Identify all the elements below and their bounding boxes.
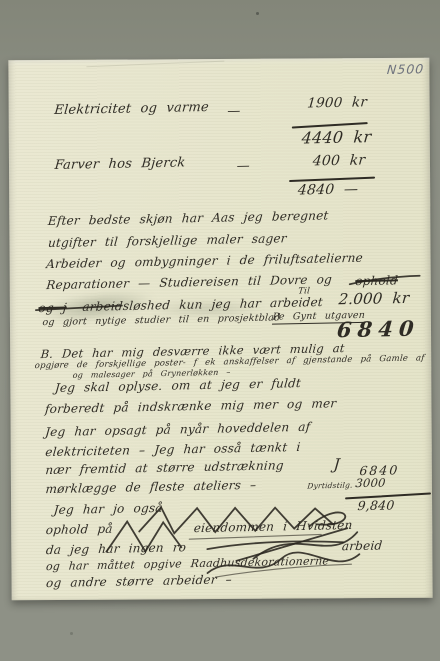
body-2: utgifter til forskjellige maler sager (48, 232, 288, 249)
row2-amount: 400 kr (312, 153, 366, 169)
dust-speck (256, 12, 259, 15)
inserted-til: Til (298, 287, 310, 296)
body-4: Reparationer — Studiereisen til Dovre og (46, 273, 333, 291)
body-3: Arbeider og ombygninger i de friluftsate… (46, 252, 364, 271)
body-4-struck: ophold (355, 274, 399, 287)
row2-dash: — (236, 160, 250, 174)
body-6: og gjort nytige studier til en prosjektb… (42, 313, 281, 328)
body-11: forberedt på indskrænke mig mer og mer (45, 397, 337, 415)
body-5-struck: og j (38, 302, 67, 315)
body-20: og andre større arbeider – (46, 573, 233, 589)
body-1: Efter bedste skjøn har Aas jeg beregnet (47, 209, 329, 227)
body-17b: eiendommen i Hvidsten (193, 519, 353, 535)
dust-speck (70, 632, 73, 635)
row1-amount: 1900 kr (307, 95, 368, 110)
body-16: Jeg har jo også (53, 502, 163, 517)
row1-label: Elektricitet og varme (54, 101, 210, 118)
body-15: mørklægge de fleste ateliers – (45, 479, 257, 496)
body-18b: arbeid (341, 539, 383, 552)
body-14b: J (333, 457, 341, 473)
body-10: Jeg skal oplyse. om at jeg er fuldt (54, 377, 301, 395)
subtotal-amount: 4440 kr (301, 129, 372, 147)
total-amount: 4840 — (297, 182, 359, 198)
body-19: og har måttet opgive Raadhusdekorationer… (45, 555, 329, 572)
body-14: nær fremtid at større udstrækning (45, 459, 284, 476)
body-17: ophold på (45, 523, 113, 537)
amount-2000: 2.000 kr (338, 291, 410, 308)
handwriting-layer: Elektricitet og varme—1900 kr4440 krFarv… (8, 58, 432, 601)
body-13: elektriciteten – Jeg har osså tænkt i (45, 441, 301, 459)
col-supplement: 3000 (355, 477, 386, 490)
col-supplement-label: Dyrtidstilg. (307, 482, 353, 491)
manuscript-page: N500 Elektricitet og varme—1900 kr4440 k… (8, 58, 432, 601)
body-12: Jeg har opsagt på nyår hoveddelen af (45, 421, 311, 439)
col-total: 9,840 (357, 498, 395, 512)
body-18: da jeg har ingen ro (45, 541, 186, 556)
row1-dash: — (227, 105, 241, 119)
row2-label: Farver hos Bjerck (54, 156, 186, 172)
large-sum: 6840 (336, 318, 420, 342)
